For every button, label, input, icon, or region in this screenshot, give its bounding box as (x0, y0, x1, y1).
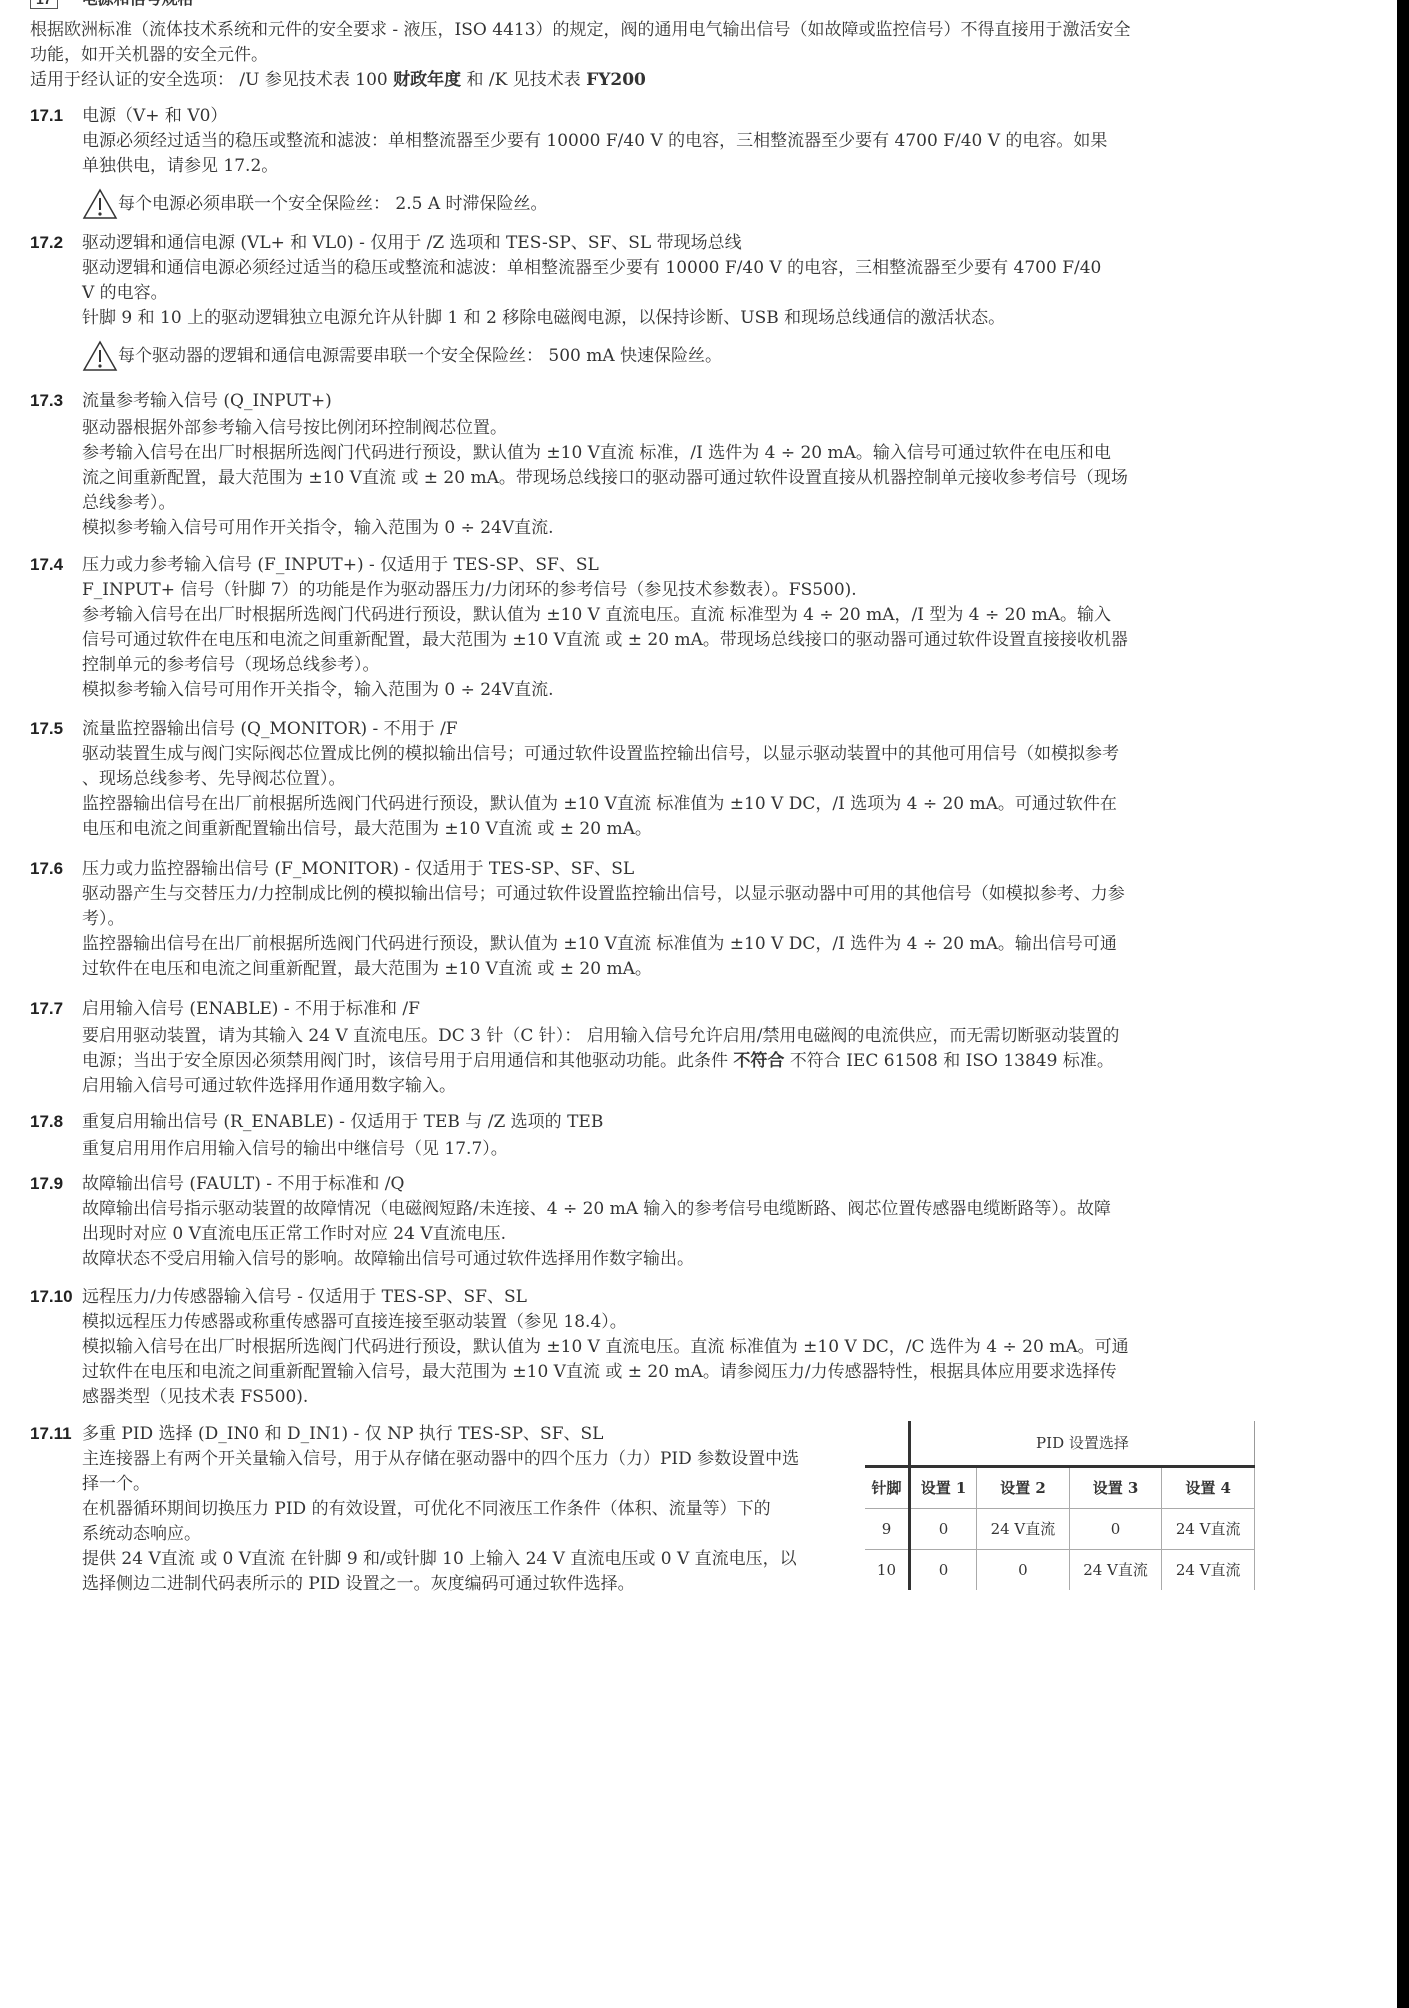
section-title: 流量监控器输出信号 (Q_MONITOR) - 不用于 /F (82, 717, 458, 742)
column-header: 设置 3 (1069, 1467, 1162, 1509)
warning-triangle-icon (82, 340, 118, 372)
column-header: 设置 2 (977, 1467, 1070, 1509)
section-text: 感器类型（见技术表 FS500). (82, 1385, 1255, 1410)
section-text: 驱动器产生与交替压力/力控制成比例的模拟输出信号；可通过软件设置监控输出信号，以… (82, 882, 1255, 907)
section-text: 模拟参考输入信号可用作开关指令，输入范围为 0 ÷ 24V直流. (82, 516, 1255, 541)
section-title: 启用输入信号 (ENABLE) - 不用于标准和 /F (82, 997, 420, 1022)
section-17-8: 17.8重复启用输出信号 (R_ENABLE) - 仅适用于 TEB 与 /Z … (30, 1109, 1255, 1162)
section-text: 故障输出信号指示驱动装置的故障情况（电磁阀短路/未连接、4 ÷ 20 mA 输入… (82, 1197, 1255, 1222)
table-cell: 0 (909, 1550, 976, 1591)
column-header: 针脚 (865, 1467, 909, 1509)
section-title: 压力或力监控器输出信号 (F_MONITOR) - 仅适用于 TES-SP、SF… (82, 857, 634, 882)
section-title: 故障输出信号 (FAULT) - 不用于标准和 /Q (82, 1172, 404, 1197)
section-number: 17.8 (30, 1109, 82, 1134)
section-number: 17.6 (30, 856, 82, 881)
section-text: 模拟远程压力传感器或称重传感器可直接连接至驱动装置（参见 18.4）。 (82, 1310, 1255, 1335)
section-text: 出现时对应 0 V直流电压正常工作时对应 24 V直流电压. (82, 1222, 1255, 1247)
section-text: 系统动态响应。 (82, 1522, 890, 1547)
table-cell: 9 (865, 1509, 909, 1550)
chapter-header: 17 电源和信号规格 (30, 0, 194, 10)
table-cell: 10 (865, 1550, 909, 1591)
intro-paragraph: 根据欧洲标准（流体技术系统和元件的安全要求 - 液压，ISO 4413）的规定，… (30, 18, 1255, 93)
intro-safety-options: 适用于经认证的安全选项： /U 参见技术表 100 财政年度 和 /K 见技术表… (30, 68, 1255, 93)
section-17-3: 17.3流量参考输入信号 (Q_INPUT+) 驱动器根据外部参考输入信号按比例… (30, 388, 1255, 541)
section-text: 过软件在电压和电流之间重新配置输入信号，最大范围为 ±10 V直流 或 ± 20… (82, 1360, 1255, 1385)
section-17-1: 17.1电源（V+ 和 V0） 电源必须经过适当的稳压或整流和滤波：单相整流器至… (30, 103, 1255, 221)
section-number: 17.3 (30, 388, 82, 413)
section-text: 监控器输出信号在出厂前根据所选阀门代码进行预设，默认值为 ±10 V直流 标准值… (82, 792, 1255, 817)
section-number: 17.2 (30, 230, 82, 255)
section-text: 电源；当出于安全原因必须禁用阀门时，该信号用于启用通信和其他驱动功能。此条件 不… (82, 1049, 1255, 1074)
table-cell: 0 (909, 1509, 976, 1550)
column-header: 设置 1 (909, 1467, 976, 1509)
section-text: 总线参考）。 (82, 491, 1255, 516)
section-17-5: 17.5流量监控器输出信号 (Q_MONITOR) - 不用于 /F 驱动装置生… (30, 716, 1255, 842)
table-cell: 24 V直流 (1069, 1550, 1162, 1591)
section-17-4: 17.4压力或力参考输入信号 (F_INPUT+) - 仅适用于 TES-SP、… (30, 552, 1255, 703)
section-text: F_INPUT+ 信号（针脚 7）的功能是作为驱动器压力/力闭环的参考信号（参见… (82, 578, 1255, 603)
section-number: 17.1 (30, 103, 82, 128)
section-title: 多重 PID 选择 (D_IN0 和 D_IN1) - 仅 NP 执行 TES-… (82, 1422, 603, 1447)
section-text: 故障状态不受启用输入信号的影响。故障输出信号可通过软件选择用作数字输出。 (82, 1247, 1255, 1272)
section-text: 提供 24 V直流 或 0 V直流 在针脚 9 和/或针脚 10 上输入 24 … (82, 1547, 890, 1572)
table-corner (865, 1421, 909, 1467)
table-cell: 0 (977, 1550, 1070, 1591)
section-text: 信号可通过软件在电压和电流之间重新配置，最大范围为 ±10 V直流 或 ± 20… (82, 628, 1255, 653)
section-text: 在机器循环期间切换压力 PID 的有效设置，可优化不同液压工作条件（体积、流量等… (82, 1497, 890, 1522)
section-text: 模拟参考输入信号可用作开关指令，输入范围为 0 ÷ 24V直流. (82, 678, 1255, 703)
warning-text: 每个电源必须串联一个安全保险丝： 2.5 A 时滞保险丝。 (118, 192, 548, 217)
section-title: 远程压力/力传感器输入信号 - 仅适用于 TES-SP、SF、SL (82, 1285, 527, 1310)
section-text: 监控器输出信号在出厂前根据所选阀门代码进行预设，默认值为 ±10 V直流 标准值… (82, 932, 1255, 957)
chapter-title: 电源和信号规格 (82, 0, 194, 12)
section-text: 、现场总线参考、先导阀芯位置）。 (82, 767, 1255, 792)
intro-line: 功能，如开关机器的安全元件。 (30, 43, 1255, 68)
section-title: 重复启用输出信号 (R_ENABLE) - 仅适用于 TEB 与 /Z 选项的 … (82, 1110, 603, 1135)
section-text: 参考输入信号在出厂时根据所选阀门代码进行预设，默认值为 ±10 V直流 标准，/… (82, 441, 1255, 466)
section-text: 电压和电流之间重新配置输出信号，最大范围为 ±10 V直流 或 ± 20 mA。 (82, 817, 1255, 842)
warning-note: 每个电源必须串联一个安全保险丝： 2.5 A 时滞保险丝。 (82, 187, 1255, 221)
section-17-10: 17.10远程压力/力传感器输入信号 - 仅适用于 TES-SP、SF、SL 模… (30, 1284, 1255, 1410)
chapter-number: 17 (30, 0, 58, 9)
section-number: 17.5 (30, 716, 82, 741)
section-title: 驱动逻辑和通信电源 (VL+ 和 VL0) - 仅用于 /Z 选项和 TES-S… (82, 231, 742, 256)
table-cell: 0 (1069, 1509, 1162, 1550)
section-text: 电源必须经过适当的稳压或整流和滤波：单相整流器至少要有 10000 F/40 V… (82, 129, 1255, 154)
section-text: 选择侧边二进制代码表所示的 PID 设置之一。灰度编码可通过软件选择。 (82, 1572, 890, 1597)
section-17-11: 17.11多重 PID 选择 (D_IN0 和 D_IN1) - 仅 NP 执行… (30, 1421, 890, 1597)
warning-note: 每个驱动器的逻辑和通信电源需要串联一个安全保险丝： 500 mA 快速保险丝。 (82, 339, 1255, 373)
section-17-6: 17.6压力或力监控器输出信号 (F_MONITOR) - 仅适用于 TES-S… (30, 856, 1255, 982)
section-text: 模拟输入信号在出厂时根据所选阀门代码进行预设，默认值为 ±10 V 直流电压。直… (82, 1335, 1255, 1360)
section-title: 流量参考输入信号 (Q_INPUT+) (82, 389, 332, 414)
table-cell: 24 V直流 (1162, 1550, 1255, 1591)
table-title: PID 设置选择 (909, 1421, 1254, 1467)
section-text: 过软件在电压和电流之间重新配置，最大范围为 ±10 V直流 或 ± 20 mA。 (82, 957, 1255, 982)
section-text: 控制单元的参考信号（现场总线参考）。 (82, 653, 1255, 678)
table-row: 9 0 24 V直流 0 24 V直流 (865, 1509, 1255, 1550)
section-number: 17.10 (30, 1284, 82, 1309)
section-17-9: 17.9故障输出信号 (FAULT) - 不用于标准和 /Q 故障输出信号指示驱… (30, 1171, 1255, 1272)
section-text: 重复启用用作启用输入信号的输出中继信号（见 17.7）。 (82, 1137, 1255, 1162)
section-text: 驱动逻辑和通信电源必须经过适当的稳压或整流和滤波：单相整流器至少要有 10000… (82, 256, 1255, 281)
section-text: V 的电容。 (82, 281, 1255, 306)
intro-line: 根据欧洲标准（流体技术系统和元件的安全要求 - 液压，ISO 4413）的规定，… (30, 18, 1255, 43)
section-number: 17.7 (30, 996, 82, 1021)
column-header: 设置 4 (1162, 1467, 1255, 1509)
page-edge-bar (1397, 0, 1409, 2008)
section-text: 择一个。 (82, 1472, 890, 1497)
warning-triangle-icon (82, 188, 118, 220)
section-number: 17.11 (30, 1421, 82, 1446)
table-cell: 24 V直流 (1162, 1509, 1255, 1550)
section-17-7: 17.7启用输入信号 (ENABLE) - 不用于标准和 /F 要启用驱动装置，… (30, 996, 1255, 1099)
section-text: 考）。 (82, 907, 1255, 932)
section-text: 单独供电，请参见 17.2。 (82, 154, 1255, 179)
section-text: 主连接器上有两个开关量输入信号，用于从存储在驱动器中的四个压力（力）PID 参数… (82, 1447, 890, 1472)
section-text: 启用输入信号可通过软件选择用作通用数字输入。 (82, 1074, 1255, 1099)
section-17-2: 17.2驱动逻辑和通信电源 (VL+ 和 VL0) - 仅用于 /Z 选项和 T… (30, 230, 1255, 373)
section-number: 17.4 (30, 552, 82, 577)
warning-text: 每个驱动器的逻辑和通信电源需要串联一个安全保险丝： 500 mA 快速保险丝。 (118, 344, 722, 369)
section-text: 流之间重新配置，最大范围为 ±10 V直流 或 ± 20 mA。带现场总线接口的… (82, 466, 1255, 491)
section-title: 电源（V+ 和 V0） (82, 104, 227, 129)
section-text: 参考输入信号在出厂时根据所选阀门代码进行预设，默认值为 ±10 V 直流电压。直… (82, 603, 1255, 628)
section-text: 驱动装置生成与阀门实际阀芯位置成比例的模拟输出信号；可通过软件设置监控输出信号，… (82, 742, 1255, 767)
section-text: 针脚 9 和 10 上的驱动逻辑独立电源允许从针脚 1 和 2 移除电磁阀电源，… (82, 306, 1255, 331)
section-text: 要启用驱动装置，请为其输入 24 V 直流电压。DC 3 针（C 针）： 启用输… (82, 1024, 1255, 1049)
section-number: 17.9 (30, 1171, 82, 1196)
table-row: 10 0 0 24 V直流 24 V直流 (865, 1550, 1255, 1591)
section-text: 驱动器根据外部参考输入信号按比例闭环控制阀芯位置。 (82, 416, 1255, 441)
table-cell: 24 V直流 (977, 1509, 1070, 1550)
section-title: 压力或力参考输入信号 (F_INPUT+) - 仅适用于 TES-SP、SF、S… (82, 553, 599, 578)
pid-selection-table: PID 设置选择 针脚 设置 1 设置 2 设置 3 设置 4 9 0 24 V… (865, 1421, 1255, 1590)
